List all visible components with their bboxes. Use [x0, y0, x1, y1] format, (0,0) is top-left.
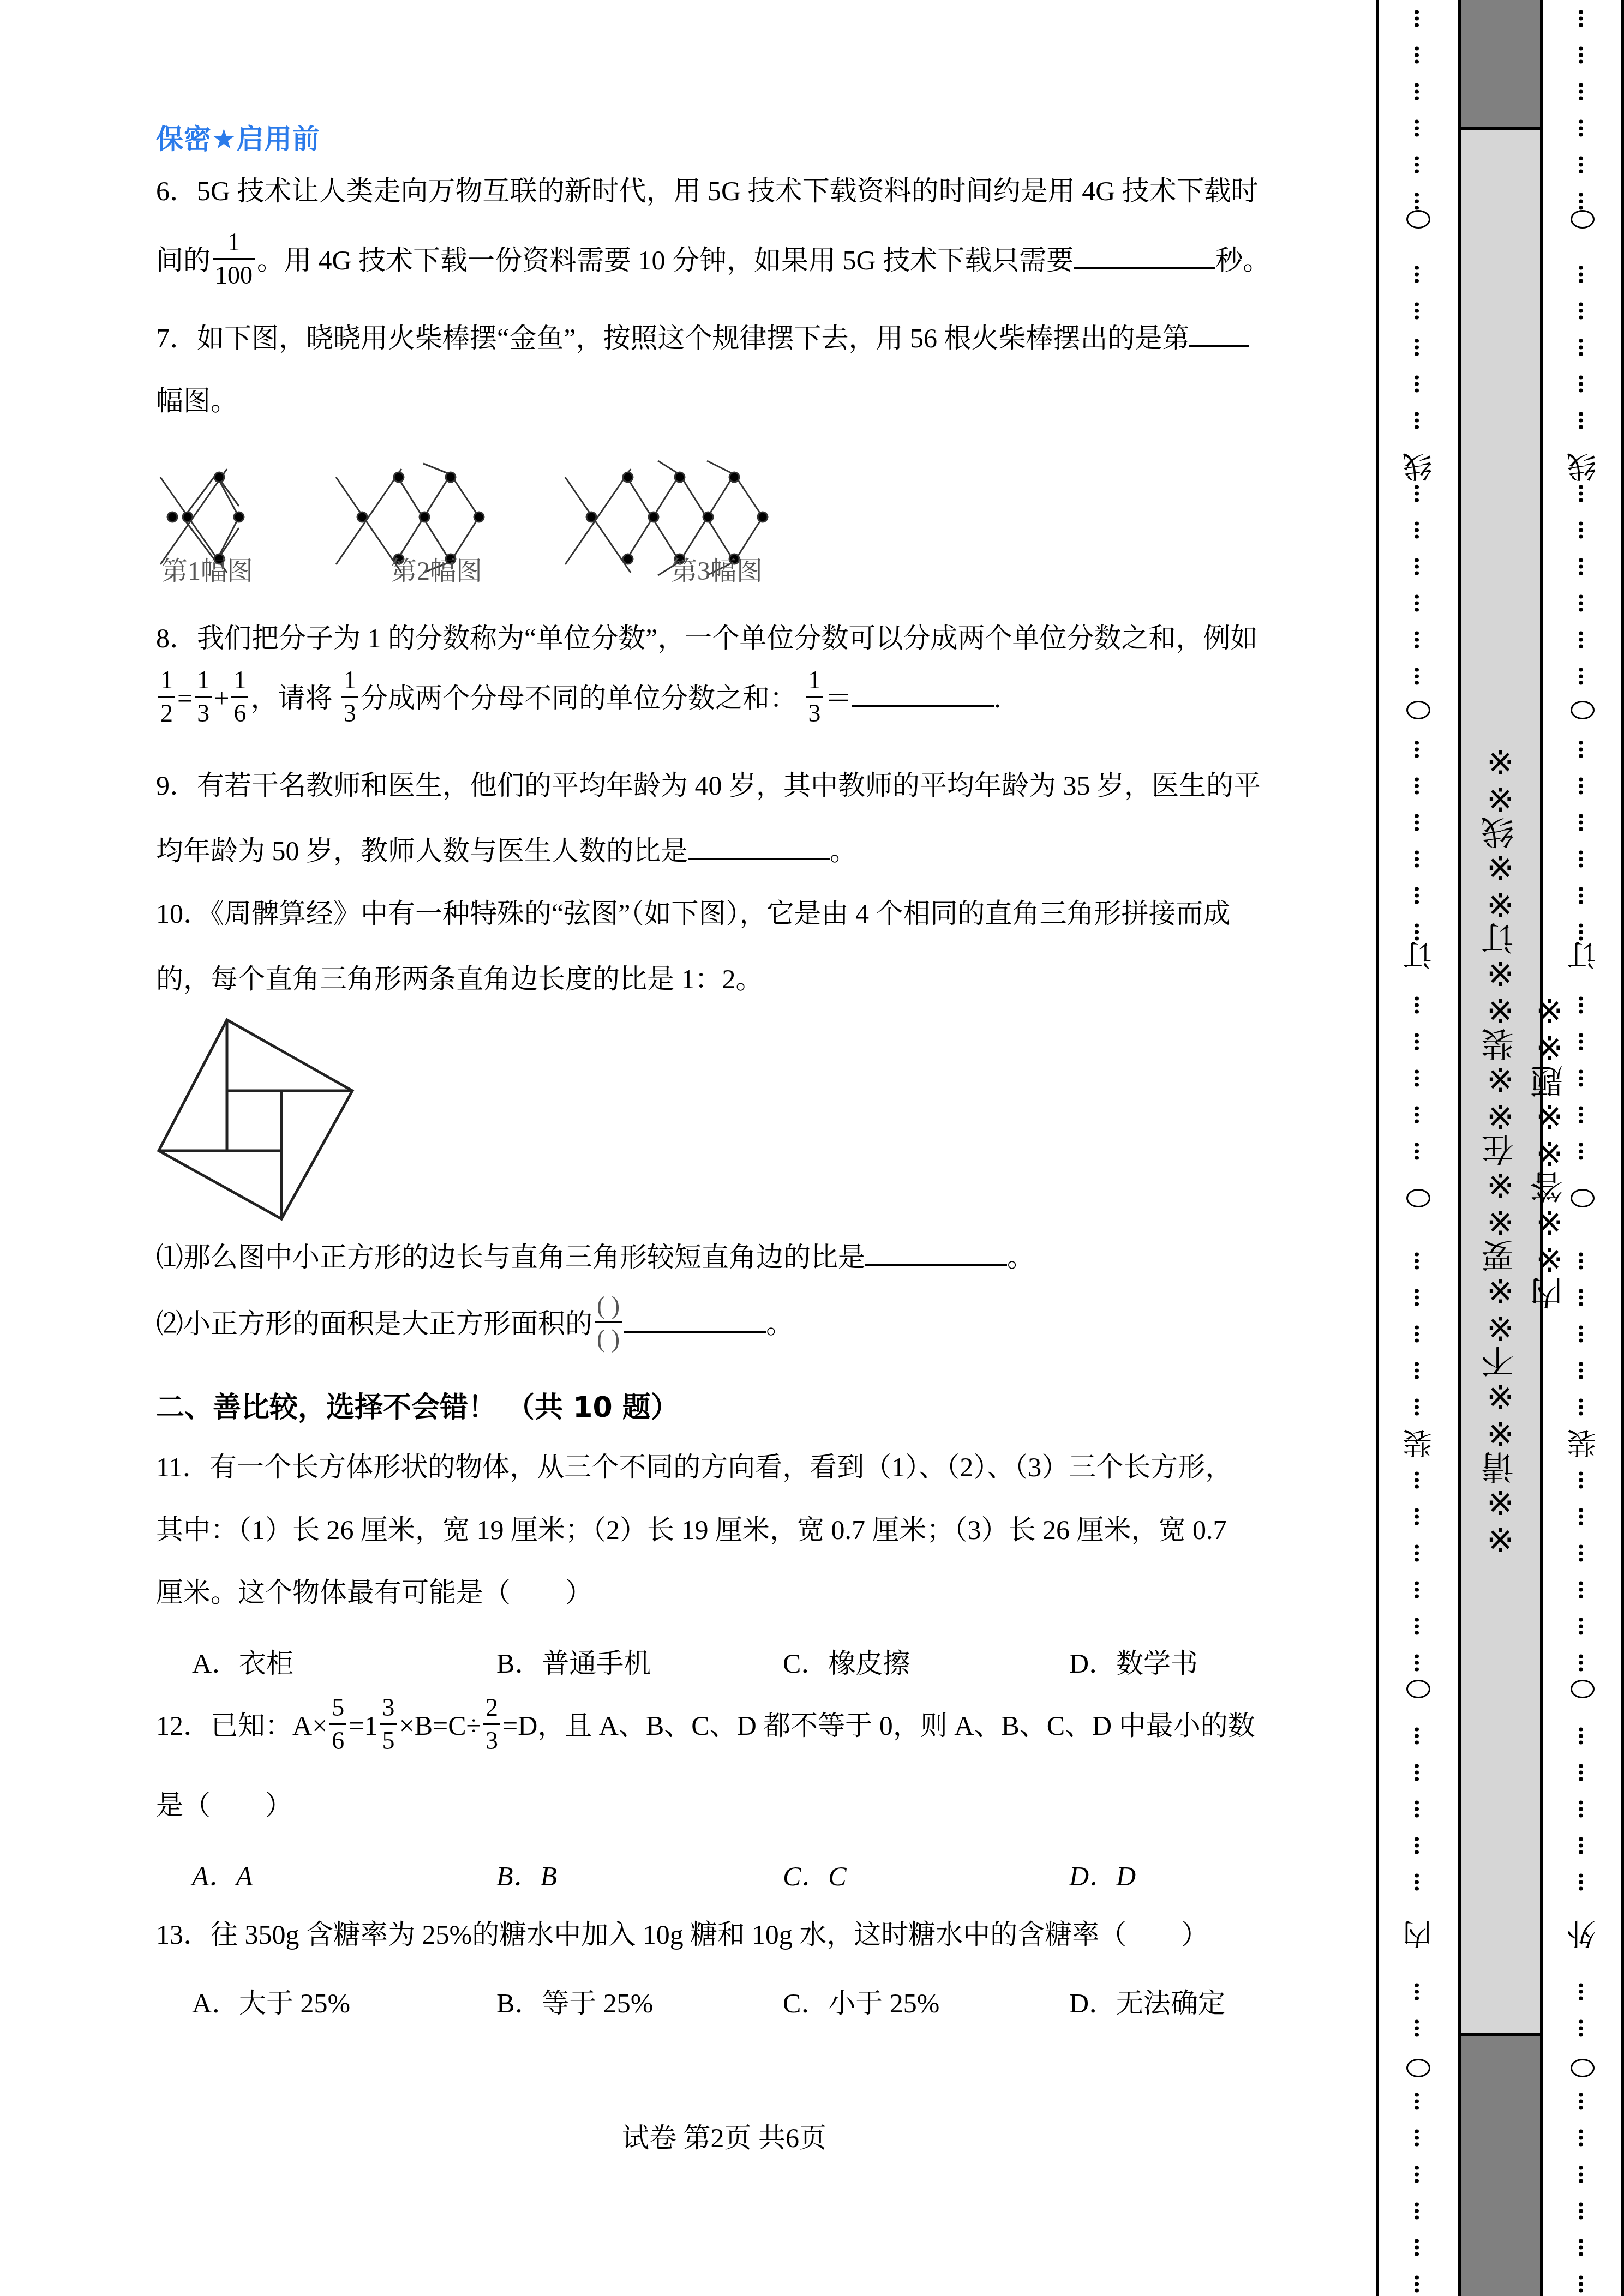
binding-warning-text: ※※请※※不※※要※※在※※装※※订※※线※※内※※答※※题※※	[1476, 742, 1525, 1560]
q8-line2: 12=13+16，请将 13分成两个分母不同的单位分数之和： 13＝.	[156, 670, 1001, 732]
q10-line2: 的，每个直角三角形两条直角边长度的比是 1：2。	[156, 963, 763, 995]
q10-line1: 10．《周髀算经》中有一种特殊的“弦图”（如下图），它是由 4 个相同的直角三角…	[156, 897, 1230, 930]
figure-label-1: 第1幅图	[161, 555, 253, 588]
q11-line1: 11．有一个长方体形状的物体，从三个不同的方向看，看到（1）、（2）、（3）三个…	[156, 1451, 1232, 1483]
label-xian-right: 线	[1565, 447, 1598, 489]
q9-line2: 均年龄为 50 岁，教师人数与医生人数的比是。	[156, 832, 857, 867]
fraction-placeholder: ( )( )	[595, 1291, 622, 1354]
circle-icon	[1571, 701, 1595, 719]
q11-option-b[interactable]: B．普通手机	[496, 1642, 651, 1681]
q7-line2: 幅图。	[156, 384, 238, 417]
fraction-1-3: 13	[195, 665, 212, 728]
page-footer: 试卷 第2页 共6页	[622, 2116, 826, 2155]
fraction-5-6: 56	[329, 1693, 346, 1756]
circle-icon	[1571, 2059, 1595, 2077]
fraction-2-3: 23	[483, 1693, 500, 1756]
q13-option-b[interactable]: B．等于 25%	[496, 1981, 654, 2021]
q12-option-c[interactable]: C．C	[783, 1854, 847, 1894]
q11-option-d[interactable]: D．数学书	[1069, 1642, 1198, 1681]
q11-line3: 厘米。这个物体最有可能是（ ）	[156, 1576, 592, 1609]
label-ding-right: 订	[1565, 935, 1598, 977]
circle-icon	[1406, 1189, 1430, 1207]
q13-line1: 13．往 350g 含糖率为 25%的糖水中加入 10g 糖和 10g 水，这时…	[156, 1918, 1208, 1951]
label-zhuang-left: 装	[1401, 1423, 1434, 1465]
q10-sub1-blank[interactable]	[865, 1238, 1007, 1266]
q10-sub1: ⑴那么图中小正方形的边长与直角三角形较短直角边的比是。	[156, 1238, 1034, 1273]
q10-sub2: ⑵小正方形的面积是大正方形面积的( )( )。	[156, 1295, 793, 1358]
q6-line2: 间的1100。用 4G 技术下载一份资料需要 10 分钟，如果用 5G 技术下载…	[156, 232, 1270, 294]
q8-answer-blank[interactable]	[852, 679, 994, 707]
circle-icon	[1406, 210, 1430, 229]
exam-page: 保密★启用前 6．5G 技术让人类走向万物互联的新时代，用 5G 技术下载资料的…	[0, 0, 1375, 2296]
label-zhuang-right: 装	[1565, 1423, 1598, 1465]
q9-line1: 9．有若干名教师和医生，他们的平均年龄为 40 岁，其中教师的平均年龄为 35 …	[156, 769, 1261, 802]
q13-option-a[interactable]: A．大于 25%	[192, 1981, 350, 2021]
circle-icon	[1406, 1680, 1430, 1698]
label-wai-right: 外	[1565, 1914, 1598, 1956]
fraction-target-2: 13	[806, 665, 823, 728]
q13-option-c[interactable]: C．小于 25%	[783, 1981, 940, 2021]
q7-line1: 7．如下图，晓晓用火柴棒摆“金鱼”，按照这个规律摆下去，用 56 根火柴棒摆出的…	[156, 319, 1249, 354]
q11-line2: 其中：（1）长 26 厘米，宽 19 厘米；（2）长 19 厘米，宽 0.7 厘…	[156, 1513, 1227, 1546]
q7-answer-blank[interactable]	[1189, 319, 1249, 347]
confidential-label: 保密★启用前	[156, 117, 320, 157]
circle-icon	[1571, 210, 1595, 229]
q12-line2: 是（ ）	[156, 1789, 292, 1822]
q12-option-a[interactable]: A．A	[192, 1854, 253, 1894]
q13-option-d[interactable]: D．无法确定	[1069, 1981, 1225, 2021]
figure-label-3: 第3幅图	[671, 555, 763, 588]
q6-answer-blank[interactable]	[1074, 241, 1215, 269]
fraction-3-5: 35	[380, 1693, 397, 1756]
binding-dark-band-bottom	[1461, 2033, 1540, 2296]
q11-option-a[interactable]: A．衣柜	[192, 1642, 293, 1681]
q10-sub2-blank[interactable]	[624, 1305, 766, 1333]
q9-answer-blank[interactable]	[688, 832, 830, 860]
circle-icon	[1571, 1189, 1595, 1207]
fraction-1-2: 12	[158, 665, 175, 728]
xian-diagram	[156, 1014, 363, 1222]
q6-line1: 6．5G 技术让人类走向万物互联的新时代，用 5G 技术下载资料的时间约是用 4…	[156, 175, 1259, 207]
q8-line1: 8．我们把分子为 1 的分数称为“单位分数”，一个单位分数可以分成两个单位分数之…	[156, 622, 1257, 654]
binding-dark-band-top	[1461, 0, 1540, 130]
figure-label-2: 第2幅图	[391, 555, 482, 588]
circle-icon	[1406, 701, 1430, 719]
label-nei-left: 内	[1401, 1914, 1434, 1956]
section-2-title: 二、善比较，选择不会错！ （共 10 题）	[156, 1384, 679, 1425]
circle-icon	[1571, 1680, 1595, 1698]
fraction-target: 13	[341, 665, 358, 728]
q12-option-d[interactable]: D．D	[1069, 1854, 1136, 1894]
fraction-1-100: 1100	[213, 227, 255, 290]
fraction-1-6: 16	[231, 665, 248, 728]
q12-option-b[interactable]: B．B	[496, 1854, 557, 1894]
label-xian-left: 线	[1401, 447, 1434, 489]
circle-icon	[1406, 2059, 1430, 2077]
label-ding-left: 订	[1401, 935, 1434, 977]
q11-option-c[interactable]: C．橡皮擦	[783, 1642, 910, 1681]
q12-line1: 12．已知：A×56=135×B=C÷23=D，且 A、B、C、D 都不等于 0…	[156, 1697, 1255, 1760]
